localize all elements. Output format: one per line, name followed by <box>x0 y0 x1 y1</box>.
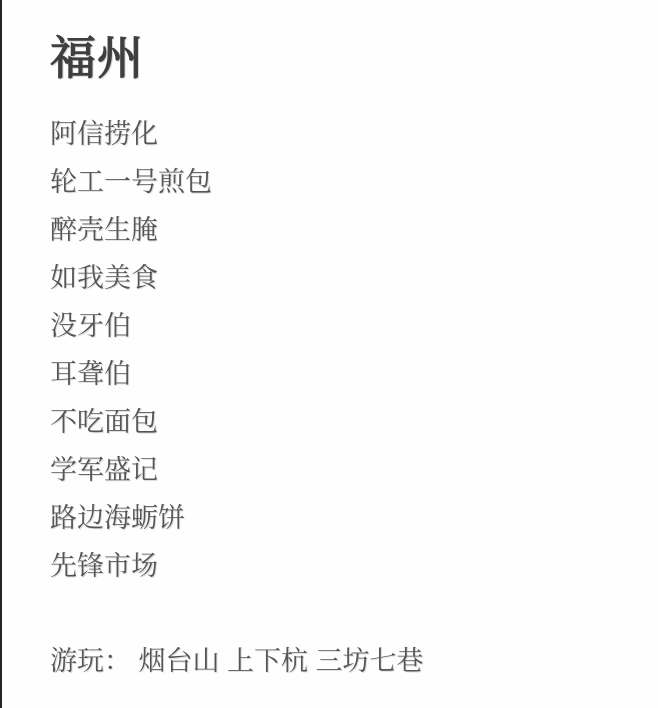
list-item: 先锋市场 <box>50 542 638 590</box>
food-list: 阿信捞化 轮工一号煎包 醉壳生腌 如我美食 没牙伯 耳聋伯 不吃面包 学军盛记 … <box>50 110 638 590</box>
list-item: 轮工一号煎包 <box>50 158 638 206</box>
list-item: 醉壳生腌 <box>50 206 638 254</box>
list-item: 耳聋伯 <box>50 350 638 398</box>
note-page: 福州 阿信捞化 轮工一号煎包 醉壳生腌 如我美食 没牙伯 耳聋伯 不吃面包 学军… <box>0 0 658 708</box>
list-item: 学军盛记 <box>50 446 638 494</box>
list-item: 如我美食 <box>50 254 638 302</box>
visit-places-line: 游玩： 烟台山 上下杭 三坊七巷 <box>50 637 638 685</box>
page-title: 福州 <box>50 30 638 88</box>
list-item: 路边海蛎饼 <box>50 494 638 542</box>
list-item: 阿信捞化 <box>50 110 638 158</box>
list-item: 没牙伯 <box>50 302 638 350</box>
list-item: 不吃面包 <box>50 398 638 446</box>
